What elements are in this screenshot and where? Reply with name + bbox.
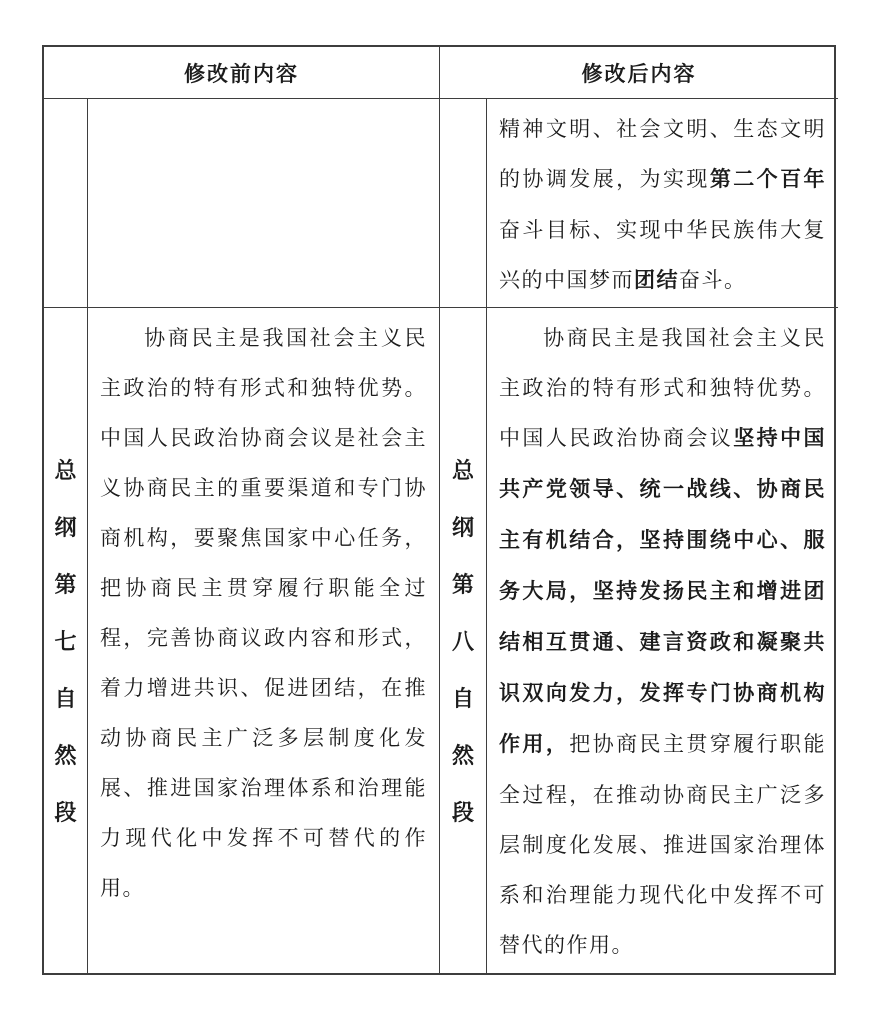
vertical-label-char: 七 bbox=[54, 612, 76, 669]
header-after-label: 修改后内容 bbox=[582, 58, 697, 88]
row2-after-content-cell: 协商民主是我国社会主义民主政治的特有形式和独特优势。中国人民政治协商会议坚持中国… bbox=[487, 308, 838, 973]
vertical-label-char: 纲 bbox=[452, 498, 474, 555]
revision-comparison-table: 修改前内容 修改后内容 精神文明、社会文明、生态文明的协调发展，为实现第二个百年… bbox=[42, 45, 836, 975]
vertical-label-char: 第 bbox=[452, 555, 474, 612]
row2-before-content-cell: 协商民主是我国社会主义民主政治的特有形式和独特优势。中国人民政治协商会议是社会主… bbox=[88, 308, 440, 973]
revised-text-segment: 团结 bbox=[634, 269, 679, 292]
vertical-label-char: 自 bbox=[54, 669, 76, 726]
vertical-label-char: 第 bbox=[54, 555, 76, 612]
vertical-label-char: 总 bbox=[54, 441, 76, 498]
revised-text-segment: 坚持中国共产党领导、统一战线、协商民主有机结合，坚持围绕中心、服务大局，坚持发扬… bbox=[499, 427, 826, 756]
row1-before-content-cell-empty bbox=[88, 99, 440, 308]
vertical-label-char: 八 bbox=[452, 612, 474, 669]
header-before-label: 修改前内容 bbox=[184, 58, 299, 88]
vertical-label-char: 自 bbox=[452, 669, 474, 726]
text-segment: 把协商民主贯穿履行职能全过程，在推动协商民主广泛多层制度化发展、推进国家治理体系… bbox=[499, 732, 826, 957]
row2-after-label-cell: 总纲第八自然段 bbox=[440, 308, 487, 973]
vertical-label-char: 段 bbox=[452, 783, 474, 840]
vertical-label-char: 段 bbox=[54, 783, 76, 840]
row1-after-label-cell-empty bbox=[440, 99, 487, 308]
vertical-label-char: 然 bbox=[54, 726, 76, 783]
header-before-content: 修改前内容 bbox=[44, 47, 440, 99]
header-after-content: 修改后内容 bbox=[440, 47, 838, 99]
text-segment: 奋斗。 bbox=[679, 268, 747, 292]
row2-before-label-cell: 总纲第七自然段 bbox=[44, 308, 88, 973]
row1-after-content-cell: 精神文明、社会文明、生态文明的协调发展，为实现第二个百年奋斗目标、实现中华民族伟… bbox=[487, 99, 838, 308]
vertical-label-char: 总 bbox=[452, 441, 474, 498]
revised-text-segment: 第二个百年 bbox=[710, 168, 826, 191]
text-segment: 协商民主是我国社会主义民主政治的特有形式和独特优势。中国人民政治协商会议是社会主… bbox=[100, 326, 427, 900]
row1-before-label-cell-empty bbox=[44, 99, 88, 308]
vertical-label-char: 纲 bbox=[54, 498, 76, 555]
vertical-label-char: 然 bbox=[452, 726, 474, 783]
